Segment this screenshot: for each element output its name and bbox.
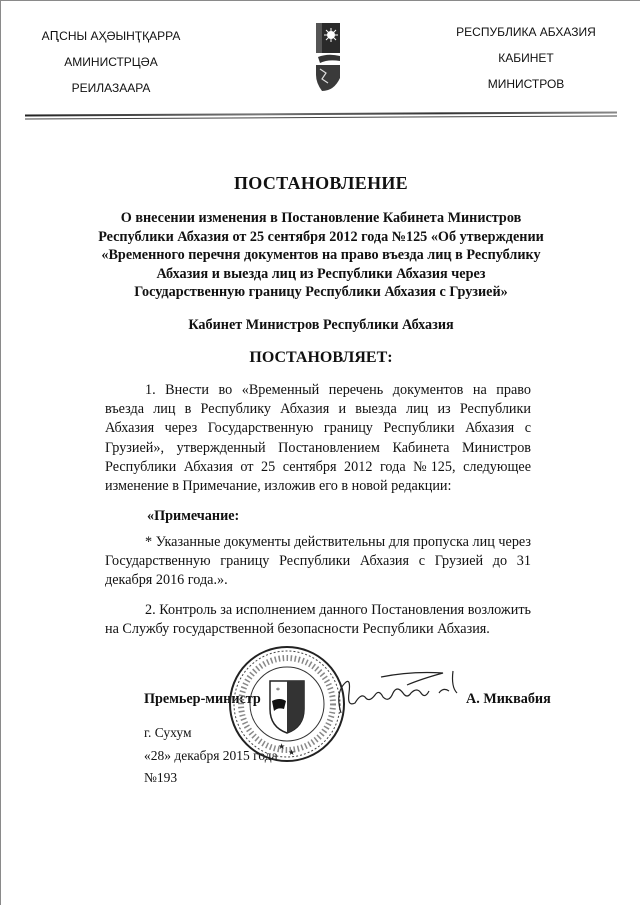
svg-text:*: * — [276, 686, 280, 695]
document-page: АԤСНЫ АҲӘЫНҬҚАРРА АМИНИСТРЦӘА РЕИЛАЗААРА… — [0, 0, 640, 905]
subject-line: Государственную границу Республики Абхаз… — [91, 283, 551, 302]
subject-line: О внесении изменения в Постановление Каб… — [91, 209, 551, 228]
subject-line: «Временного перечня документов на право … — [91, 246, 551, 265]
svg-text:★: ★ — [278, 742, 285, 751]
signatory-name: А. Миквабия — [466, 691, 551, 708]
paragraph-1: 1. Внести во «Временный перечень докумен… — [105, 381, 531, 496]
paragraph-2: 2. Контроль за исполнением данного Поста… — [105, 601, 531, 639]
header-abkhaz: АԤСНЫ АҲӘЫНҬҚАРРА АМИНИСТРЦӘА РЕИЛАЗААРА — [41, 29, 181, 107]
header-abkhaz-line-2: АМИНИСТРЦӘА — [41, 55, 181, 81]
header-russian-line-3: МИНИСТРОВ — [441, 77, 611, 103]
subject-line: Республики Абхазия от 25 сентября 2012 г… — [91, 228, 551, 247]
issuer: Кабинет Министров Республики Абхазия — [1, 317, 640, 334]
subject-line: Абхазия и выезда лиц из Республики Абхаз… — [91, 265, 551, 284]
header-russian: РЕСПУБЛИКА АБХАЗИЯ КАБИНЕТ МИНИСТРОВ — [441, 25, 611, 103]
handwritten-signature-icon — [331, 663, 461, 723]
svg-text:★: ★ — [288, 748, 295, 757]
decree-heading: ПОСТАНОВЛЯЕТ: — [1, 349, 640, 367]
coat-of-arms-emblem-icon — [316, 23, 342, 93]
place-of-issue: г. Сухум — [144, 725, 192, 741]
document-subject: О внесении изменения в Постановление Каб… — [91, 209, 551, 302]
note-text: * Указанные документы действительны для … — [105, 533, 531, 591]
header-abkhaz-line-3: РЕИЛАЗААРА — [41, 81, 181, 107]
header-russian-line-1: РЕСПУБЛИКА АБХАЗИЯ — [441, 25, 611, 51]
document-title: ПОСТАНОВЛЕНИЕ — [1, 173, 640, 194]
official-seal-icon: * ★ ★ — [228, 645, 346, 763]
header-abkhaz-line-1: АԤСНЫ АҲӘЫНҬҚАРРА — [41, 29, 181, 55]
header-russian-line-2: КАБИНЕТ — [441, 51, 611, 77]
note-heading: «Примечание: — [147, 508, 239, 525]
document-number: №193 — [144, 770, 177, 786]
